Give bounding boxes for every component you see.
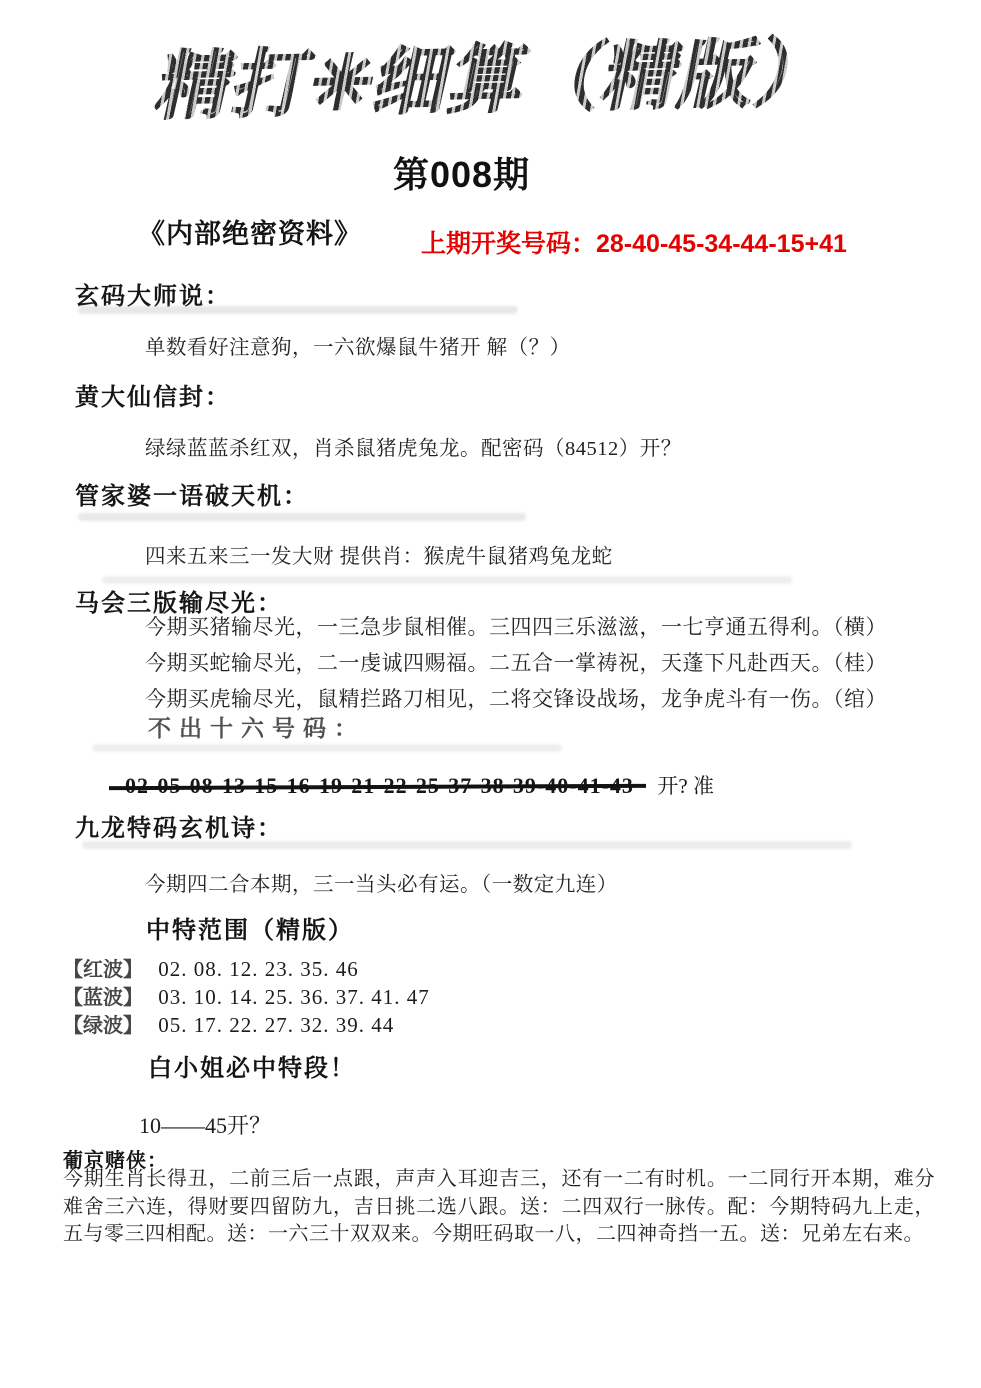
scan-smudge [78, 306, 518, 314]
lottery-tip-sheet: 精打✳细算（精版） 第008期 《内部绝密资料》 上期开奖号码：28-40-45… [0, 0, 981, 1388]
previous-draw-numbers: 上期开奖号码：28-40-45-34-44-15+41 [421, 224, 847, 260]
section-heading-guanjiapo: 管家婆一语破天机： [75, 476, 309, 511]
section-heading-jiulong-poem: 九龙特码玄机诗： [75, 808, 283, 843]
mahui-verse-line: 今期买猪输尽光，一三急步鼠相催。三四四三乐滋滋，一七亨通五得利。（横） [145, 611, 887, 641]
huangdaxian-tip-line: 绿绿蓝蓝杀红双，肖杀鼠猪虎兔龙。配密码（84512）开？ [145, 431, 682, 461]
secret-material-label: 《内部绝密资料》 [138, 212, 362, 251]
xuanma-tip-line: 单数看好注意狗，一六欲爆鼠牛猪开 解（？） [145, 330, 571, 360]
issue-number: 第008期 [393, 147, 530, 198]
green-wave-row: 【绿波】 05. 17. 22. 27. 32. 39. 44 [63, 1009, 394, 1038]
excluded-numbers-row: 02-05-08-13-15-16-19-21-22-25-37-38-39-4… [125, 770, 714, 800]
excluded-numbers-strikethrough: 02-05-08-13-15-16-19-21-22-25-37-38-39-4… [125, 773, 634, 799]
green-wave-numbers: 05. 17. 22. 27. 32. 39. 44 [158, 1013, 394, 1037]
baixiaojie-range-line: 10——45开？ [139, 1109, 271, 1140]
red-wave-row: 【红波】 02. 08. 12. 23. 35. 46 [63, 953, 359, 982]
red-wave-label: 【红波】 [63, 959, 143, 981]
mahui-verse-line: 今期买虎输尽光，鼠精拦路刀相见，二将交锋设战场，龙争虎斗有一伤。（绾） [145, 683, 887, 713]
section-heading-excluded-sixteen-numbers: 不出十六号码： [148, 710, 365, 743]
masthead-calligraphy-title: 精打✳细算（精版） [148, 14, 848, 134]
blue-wave-label: 【蓝波】 [63, 987, 143, 1009]
mahui-verse-line: 今期买蛇输尽光，二一虔诚四赐福。二五合一掌祷祝，天蓬下凡赴西天。（桂） [145, 647, 887, 677]
section-heading-huangdaxian-envelope: 黄大仙信封： [75, 377, 231, 412]
blue-wave-numbers: 03. 10. 14. 25. 36. 37. 41. 47 [158, 985, 430, 1009]
baixiaojie-section-title: 白小姐必中特段！ [148, 1048, 356, 1083]
scan-smudge [92, 744, 562, 752]
pujing-verse-paragraph: 今期生肖长得丑，二前三后一点跟，声声入耳迎吉三，还有一二有时机。一二同行开本期，… [63, 1166, 935, 1249]
jiulong-poem-line: 今期四二合本期，三一当头必有运。（一数定九连） [145, 867, 618, 897]
scan-smudge [82, 841, 852, 849]
scan-smudge [78, 513, 526, 521]
guanjiapo-tip-line: 四来五来三一发大财 提供肖：猴虎牛鼠猪鸡兔龙蛇 [145, 539, 613, 569]
excluded-numbers-verdict: 开? 准 [657, 774, 714, 798]
green-wave-label: 【绿波】 [63, 1015, 143, 1037]
blue-wave-row: 【蓝波】 03. 10. 14. 25. 36. 37. 41. 47 [63, 981, 430, 1010]
red-wave-numbers: 02. 08. 12. 23. 35. 46 [158, 957, 359, 981]
special-range-title: 中特范围（精版） [146, 910, 354, 945]
